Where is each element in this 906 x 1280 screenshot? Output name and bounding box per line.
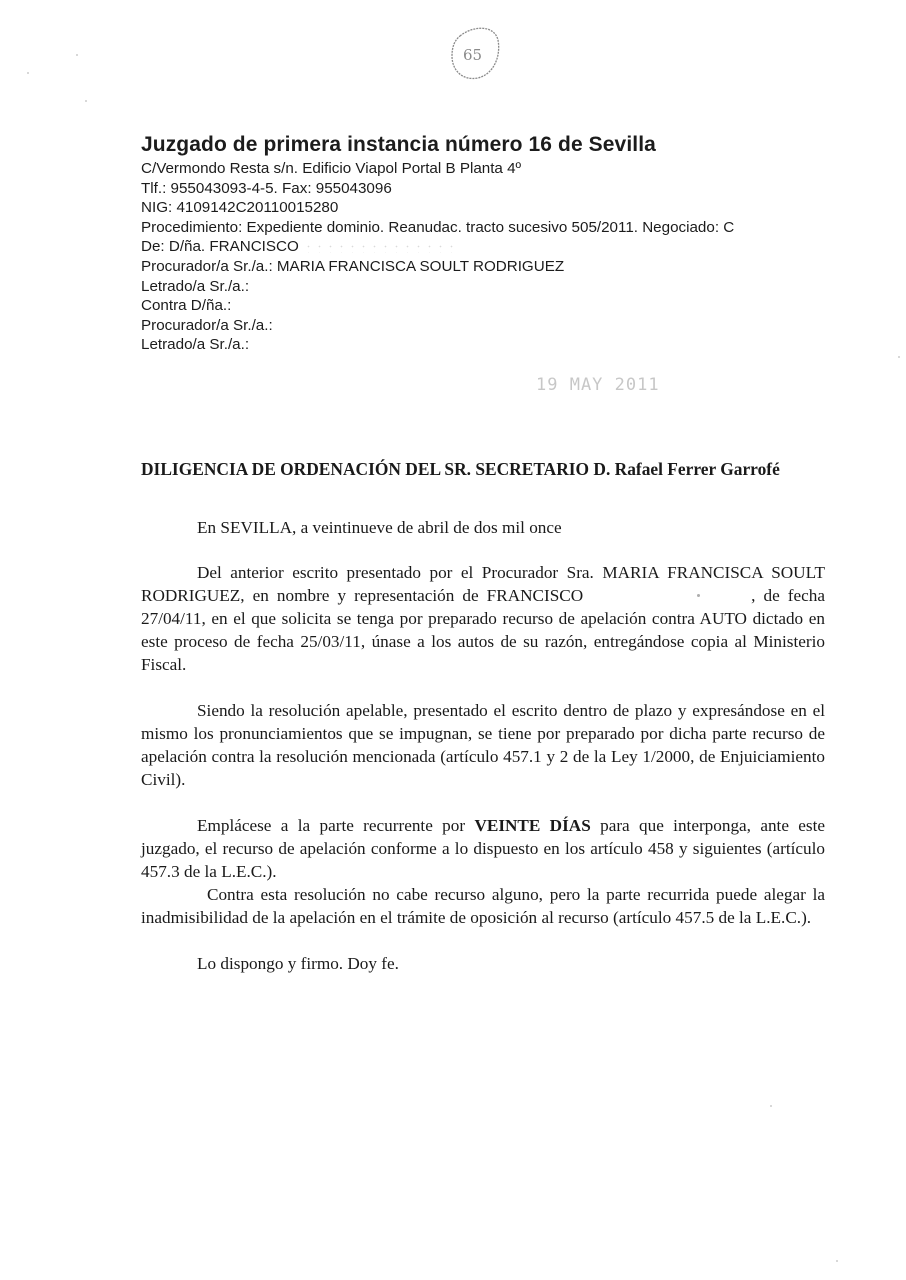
- scan-speck: [76, 54, 78, 56]
- handwritten-folio-number: 65: [446, 22, 502, 84]
- scan-speck: [770, 1105, 772, 1107]
- svg-text:65: 65: [463, 46, 482, 64]
- scan-speck: [898, 356, 900, 358]
- received-date-stamp: 19 MAY 2011: [536, 375, 660, 395]
- scan-speck: [27, 72, 29, 74]
- court-phone-fax: Tlf.: 955043093-4-5. Fax: 955043096: [141, 179, 734, 199]
- letrado-line: Letrado/a Sr./a.:: [141, 277, 734, 297]
- closing-line: Lo dispongo y firmo. Doy fe.: [141, 952, 825, 975]
- scan-speck: [836, 1260, 838, 1262]
- court-header: Juzgado de primera instancia número 16 d…: [141, 131, 734, 355]
- date-line: En SEVILLA, a veintinueve de abril de do…: [141, 516, 825, 539]
- paragraph-3: Emplácese a la parte recurrente por VEIN…: [141, 814, 825, 883]
- redacted-surname: [303, 243, 453, 253]
- paragraph-4: Contra esta resolución no cabe recurso a…: [141, 883, 825, 929]
- court-title: Juzgado de primera instancia número 16 d…: [141, 131, 734, 159]
- from-party-label: De: D/ña. FRANCISCO: [141, 238, 299, 255]
- procurador-line: Procurador/a Sr./a.: MARIA FRANCISCA SOU…: [141, 257, 734, 277]
- court-address: C/Vermondo Resta s/n. Edificio Viapol Po…: [141, 159, 734, 179]
- from-party-line: De: D/ña. FRANCISCO: [141, 237, 734, 257]
- circled-number-icon: 65: [446, 22, 502, 84]
- procedure-line: Procedimiento: Expediente dominio. Reanu…: [141, 218, 734, 238]
- document-body: DILIGENCIA DE ORDENACIÓN DEL SR. SECRETA…: [141, 458, 825, 975]
- deadline-emphasis: VEINTE DÍAS: [474, 816, 590, 835]
- paragraph-1: Del anterior escrito presentado por el P…: [141, 561, 825, 676]
- scan-speck: [85, 100, 87, 102]
- letrado-contra-line: Letrado/a Sr./a.:: [141, 335, 734, 355]
- document-page: 65 Juzgado de primera instancia número 1…: [0, 0, 906, 1280]
- nig-number: NIG: 4109142C20110015280: [141, 198, 734, 218]
- paragraph-2: Siendo la resolución apelable, presentad…: [141, 699, 825, 791]
- contra-line: Contra D/ña.:: [141, 296, 734, 316]
- redacted-gap: [583, 584, 751, 607]
- procurador-contra-line: Procurador/a Sr./a.:: [141, 316, 734, 336]
- diligence-heading: DILIGENCIA DE ORDENACIÓN DEL SR. SECRETA…: [141, 458, 825, 481]
